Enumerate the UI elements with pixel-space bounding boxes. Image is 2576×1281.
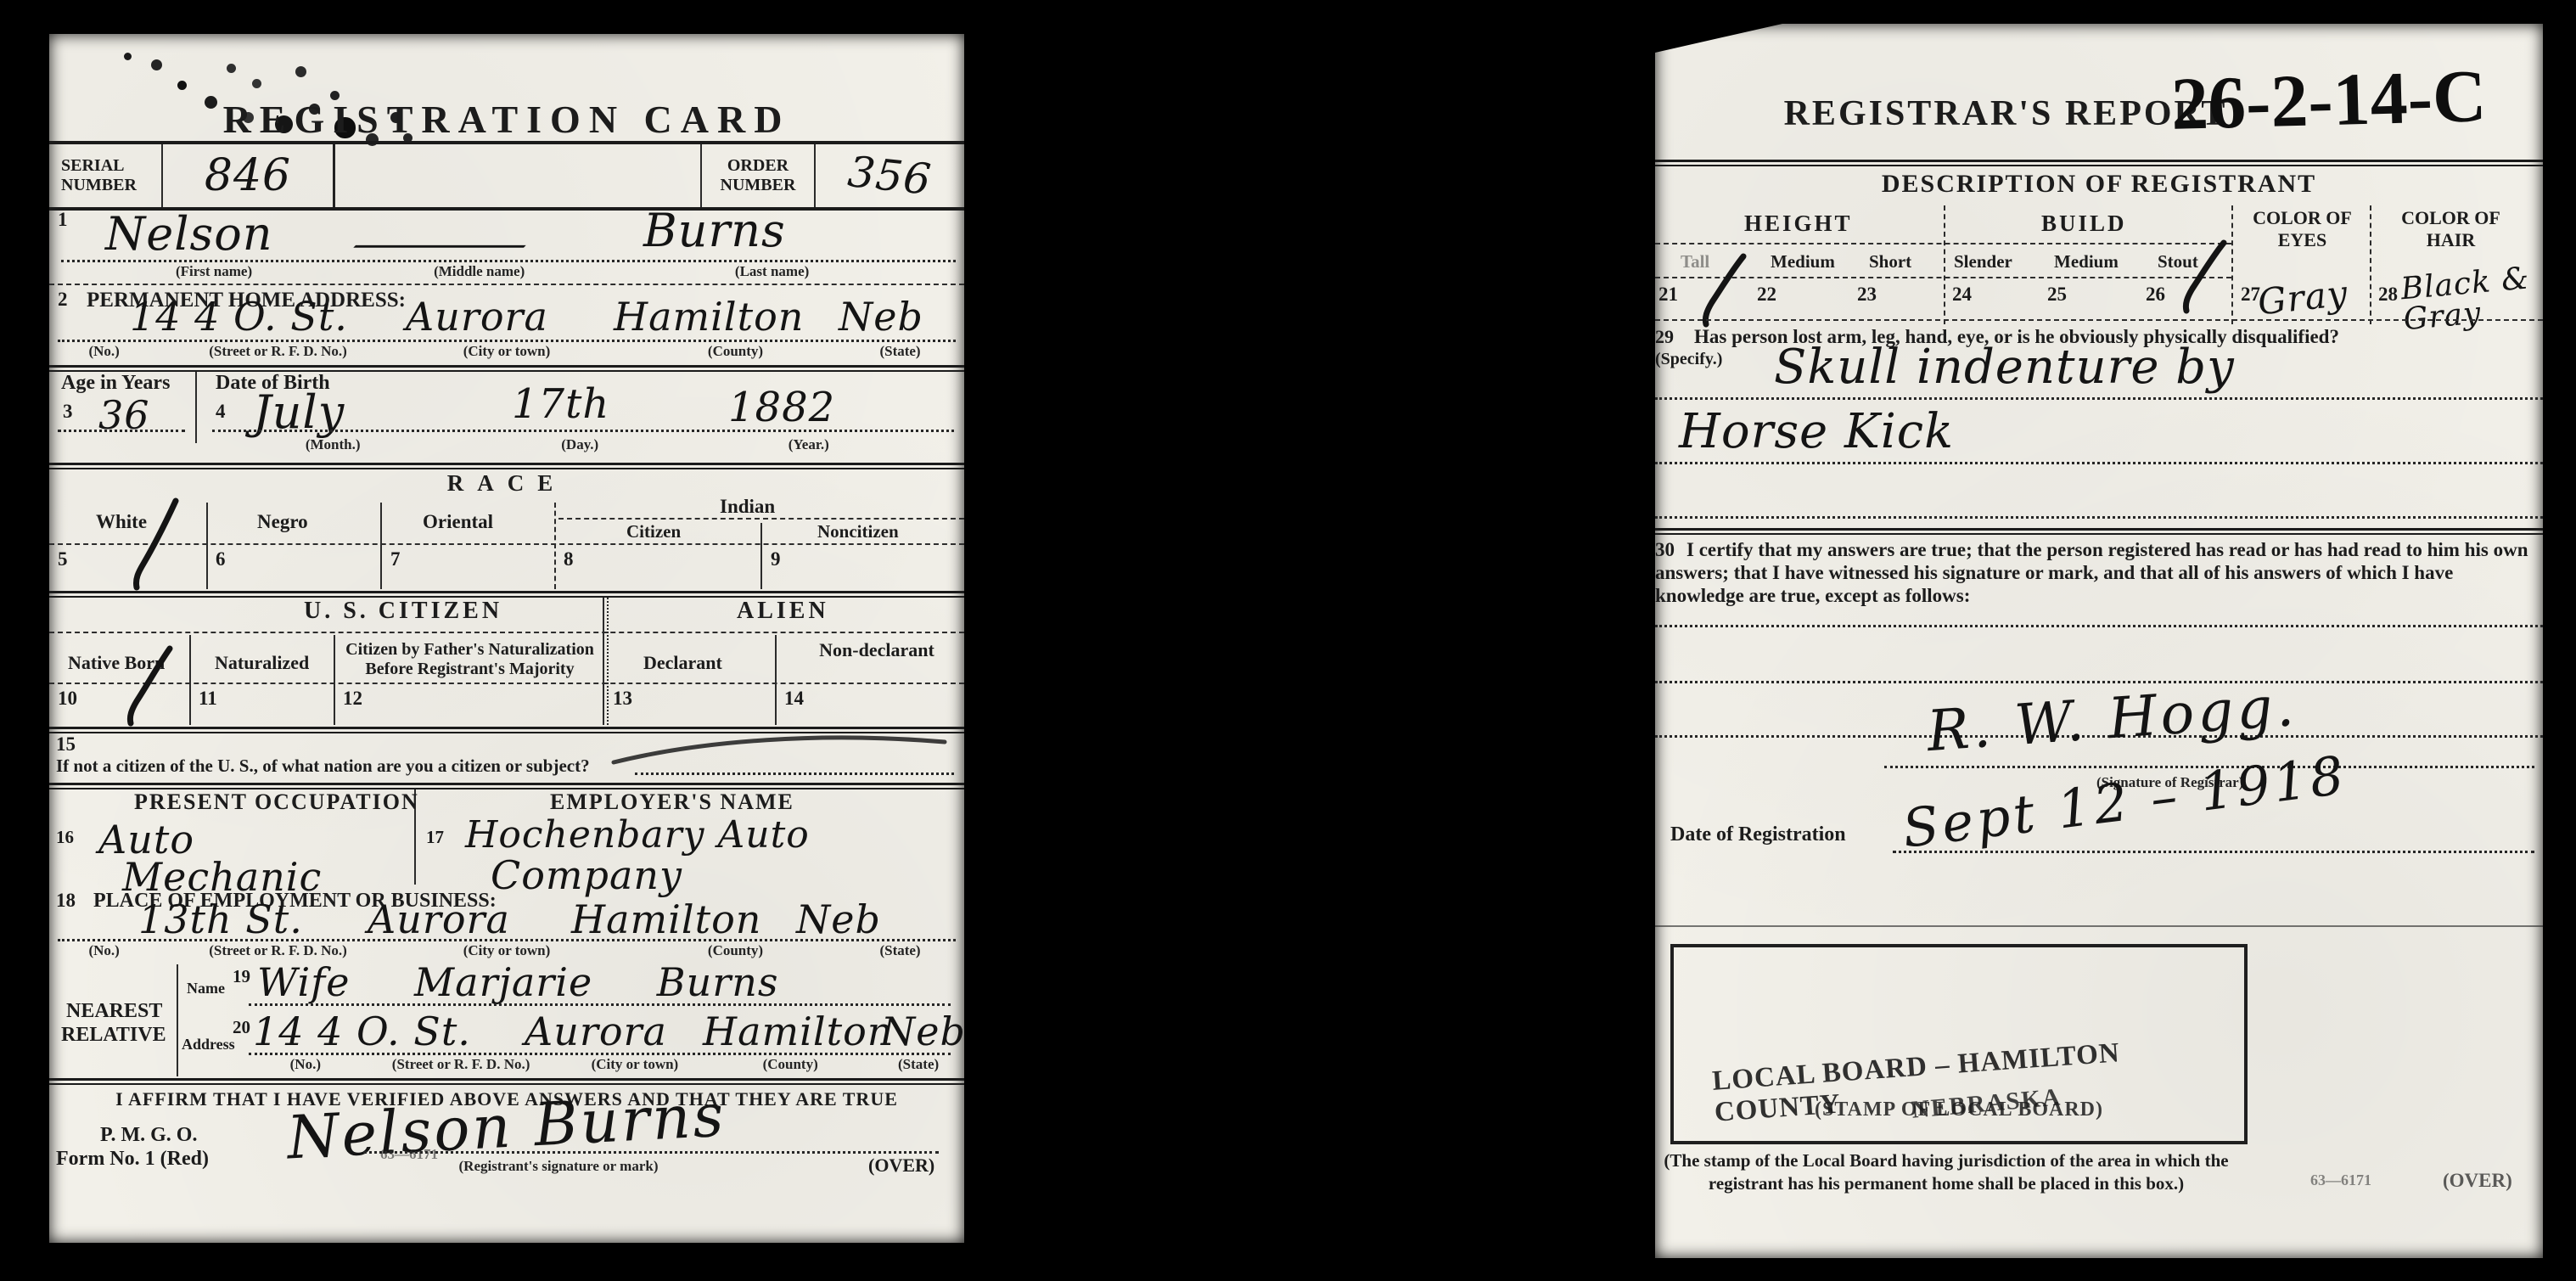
signature-baseline <box>363 1127 939 1154</box>
certification-text: I certify that my answers are true; that… <box>1655 539 2528 606</box>
registration-date-label: Date of Registration <box>1670 823 1846 846</box>
race-col-7-number: 7 <box>390 548 401 570</box>
race-col-8-number: 8 <box>564 548 574 570</box>
declarant-label: Declarant <box>643 652 722 674</box>
over-label-back: (OVER) <box>2443 1170 2512 1192</box>
dob-day-sublabel: (Day.) <box>561 436 598 453</box>
disability-baseline-1 <box>1655 375 2543 400</box>
age-dob-row: Age in Years 3 36 Date of Birth 4 July 1… <box>49 372 964 460</box>
hair-group-label: COLOR OF HAIR <box>2398 207 2504 252</box>
pmgo-line-1: P. M. G. O. <box>100 1124 197 1147</box>
hair-color-value: Black & Gray <box>2399 262 2549 336</box>
blank-line <box>1655 676 2543 683</box>
divider <box>49 284 964 285</box>
slender-label: Slender <box>1954 251 2012 272</box>
divider <box>49 1078 964 1085</box>
checkmark-icon <box>130 497 182 591</box>
eyes-hair-divider <box>2370 205 2371 324</box>
employment-no-sublabel: (No.) <box>88 942 119 959</box>
serial-number-value: 846 <box>205 150 291 201</box>
registrant-signature-sublabel: (Registrant's signature or mark) <box>459 1158 659 1175</box>
address-street-sublabel: (Street or R. F. D. No.) <box>209 343 347 360</box>
over-label-front: (OVER) <box>868 1155 934 1177</box>
stamp-code: 26-2-14-C <box>2170 53 2488 148</box>
relative-state-sublabel: (State) <box>898 1056 939 1073</box>
line-1-number: 1 <box>58 209 68 231</box>
col-24-number: 24 <box>1952 284 1972 306</box>
age-baseline <box>58 407 185 432</box>
address-state-sublabel: (State) <box>879 343 920 360</box>
nation-row: 15 If not a citizen of the U. S., of wha… <box>49 733 964 781</box>
line-18-number: 18 <box>56 890 76 912</box>
divider <box>1655 160 2543 166</box>
height-medium-label: Medium <box>1771 251 1835 272</box>
divider <box>49 365 964 372</box>
employment-baseline <box>58 915 956 941</box>
pmgo-line-2: Form No. 1 (Red) <box>56 1148 209 1171</box>
employer-title: EMPLOYER'S NAME <box>550 789 794 815</box>
line-20-number: 20 <box>233 1017 250 1038</box>
citizenship-col-12-number: 12 <box>343 688 362 710</box>
race-label-divider <box>49 543 964 545</box>
race-col-divider <box>206 503 208 589</box>
citizenship-col-13-number: 13 <box>613 688 632 710</box>
employment-city-sublabel: (City or town) <box>463 942 551 959</box>
checkmark-icon <box>124 645 177 727</box>
employment-place-row: 18 PLACE OF EMPLOYMENT OR BUSINESS: 13th… <box>49 890 964 963</box>
col-23-number: 23 <box>1857 284 1877 306</box>
serial-order-row: SERIAL NUMBER 846 ORDER NUMBER 356 <box>49 141 964 211</box>
last-name-sublabel: (Last name) <box>735 263 809 280</box>
citizenship-header-divider <box>49 632 964 633</box>
name-sublabels: (First name) (Middle name) (Last name) <box>49 263 964 282</box>
relative-no-sublabel: (No.) <box>290 1056 321 1073</box>
divider <box>1655 319 2543 321</box>
occupation-employer-row: PRESENT OCCUPATION EMPLOYER'S NAME 16 Au… <box>49 789 964 890</box>
race-col-divider <box>380 503 382 589</box>
ink-spatter <box>124 53 132 60</box>
build-medium-label: Medium <box>2054 251 2119 272</box>
eyes-color-value: Gray <box>2256 272 2350 323</box>
employment-county-sublabel: (County) <box>708 942 763 959</box>
signature-block: P. M. G. O. Form No. 1 (Red) 63—6171 Nel… <box>49 1110 964 1221</box>
employer-line-1: Hochenbary Auto <box>465 813 810 857</box>
serial-number-label: SERIAL NUMBER <box>49 144 163 207</box>
build-eyes-divider <box>2231 205 2233 324</box>
home-address-row: 2 PERMANENT HOME ADDRESS: 14 4 O. St. Au… <box>49 289 964 363</box>
middle-name-sublabel: (Middle name) <box>434 263 525 280</box>
height-build-divider <box>1944 205 1945 324</box>
us-citizen-title: U. S. CITIZEN <box>304 598 502 625</box>
citizenship-col-divider <box>334 635 335 725</box>
citizenship-col-11-number: 11 <box>199 688 217 710</box>
registrars-report-card: REGISTRAR'S REPORT 26-2-14-C DESCRIPTION… <box>1655 24 2543 1258</box>
employment-sublabels: (No.) (Street or R. F. D. No.) (City or … <box>49 942 964 961</box>
race-oriental-label: Oriental <box>423 511 493 533</box>
card-back-subtitle: DESCRIPTION OF REGISTRANT <box>1655 170 2543 199</box>
disability-row: 29 Has person lost arm, leg, hand, eye, … <box>1655 326 2543 521</box>
dob-year-sublabel: (Year.) <box>789 436 829 453</box>
address-sublabels: (No.) (Street or R. F. D. No.) (City or … <box>49 343 964 362</box>
race-title: RACE <box>49 470 964 497</box>
father-naturalization-label: Citizen by Father's Naturalization Befor… <box>345 640 595 679</box>
form-code-back: 63—6171 <box>2310 1171 2371 1189</box>
card-front-title: REGISTRATION CARD <box>49 97 964 142</box>
age-dob-divider <box>195 372 197 443</box>
non-declarant-label: Non-declarant <box>805 640 949 660</box>
short-label: Short <box>1869 251 1911 272</box>
address-no-sublabel: (No.) <box>88 343 119 360</box>
us-alien-divider <box>603 598 609 725</box>
line-17-number: 17 <box>426 827 444 848</box>
employment-street-sublabel: (Street or R. F. D. No.) <box>209 942 347 959</box>
nearest-relative-block: NEAREST RELATIVE Name 19 Wife Marjarie B… <box>49 964 964 1076</box>
registration-date-baseline <box>1893 829 2534 853</box>
height-group-label: HEIGHT <box>1744 211 1853 237</box>
col-28-number: 28 <box>2378 284 2398 306</box>
line-29-number: 29 <box>1655 326 1674 348</box>
dob-month-sublabel: (Month.) <box>306 436 361 453</box>
relative-street-sublabel: (Street or R. F. D. No.) <box>392 1056 530 1073</box>
relative-sublabels: (No.) (Street or R. F. D. No.) (City or … <box>49 1056 964 1075</box>
col-26-number: 26 <box>2146 284 2165 306</box>
race-col-divider <box>760 523 762 589</box>
relative-city-sublabel: (City or town) <box>592 1056 679 1073</box>
scanned-document: REGISTRATION CARD SERIAL NUMBER 846 ORDE… <box>0 0 2576 1281</box>
group-divider <box>1655 243 2231 244</box>
specify-label: (Specify.) <box>1655 350 1722 369</box>
pen-flourish <box>609 728 949 766</box>
relative-county-sublabel: (County) <box>763 1056 818 1073</box>
race-col-6-number: 6 <box>216 548 226 570</box>
relative-name-baseline <box>249 980 951 1006</box>
citizenship-col-divider <box>775 635 777 725</box>
name-row: 1 Nelson — Burns (First name) (Middle na… <box>49 204 964 282</box>
name-baseline <box>61 238 956 262</box>
naturalized-label: Naturalized <box>215 652 309 674</box>
registration-card: REGISTRATION CARD SERIAL NUMBER 846 ORDE… <box>49 34 964 1243</box>
race-col-9-number: 9 <box>771 548 781 570</box>
nearest-relative-title-1: NEAREST <box>66 1000 162 1023</box>
disability-baseline-3 <box>1655 494 2543 519</box>
serial-blank-cell <box>335 144 700 207</box>
divider <box>49 591 964 598</box>
dob-baseline <box>212 407 954 432</box>
blank-line <box>1655 620 2543 627</box>
divider <box>49 463 964 469</box>
race-indian-label: Indian <box>720 496 775 518</box>
citizenship-label-divider <box>49 683 964 684</box>
nearest-relative-title-2: RELATIVE <box>61 1024 166 1047</box>
race-col-divider <box>554 503 556 589</box>
citizenship-col-10-number: 10 <box>58 688 77 710</box>
address-county-sublabel: (County) <box>708 343 763 360</box>
citizenship-col-divider <box>189 635 191 725</box>
stamp-box-note: (The stamp of the Local Board having jur… <box>1660 1149 2232 1196</box>
certification-paragraph: 30I certify that my answers are true; th… <box>1655 538 2538 607</box>
build-group-label: BUILD <box>2041 211 2127 237</box>
order-number-value: 356 <box>846 147 934 205</box>
indian-divider <box>558 518 964 520</box>
race-col-5-number: 5 <box>58 548 68 570</box>
order-number-label: ORDER NUMBER <box>700 144 816 207</box>
divider <box>49 783 964 789</box>
relative-address-label: Address <box>182 1036 235 1053</box>
col-25-number: 25 <box>2047 284 2067 306</box>
description-table: HEIGHT BUILD COLOR OF EYES COLOR OF HAIR… <box>1655 205 2543 324</box>
citizenship-table: U. S. CITIZEN ALIEN Native Born Naturali… <box>49 598 964 725</box>
col-22-number: 22 <box>1757 284 1776 306</box>
race-table: White Negro Oriental Indian Citizen Nonc… <box>49 499 964 589</box>
dob-sublabels: (Month.) (Day.) (Year.) <box>49 436 964 455</box>
line-16-number: 16 <box>56 827 74 848</box>
alien-title: ALIEN <box>737 598 829 625</box>
checkmark-icon <box>2180 239 2231 314</box>
race-indian-noncitizen-label: Noncitizen <box>817 521 899 542</box>
age-label: Age in Years <box>61 372 170 395</box>
stamp-of-local-board-label: (STAMP OF LOCAL BOARD) <box>1674 1098 2244 1121</box>
address-baseline <box>58 314 956 342</box>
line-30-number: 30 <box>1655 539 1675 560</box>
col-21-number: 21 <box>1658 284 1678 306</box>
checkmark-icon <box>1699 253 1750 328</box>
race-indian-citizen-label: Citizen <box>626 521 681 542</box>
local-board-stamp-box: LOCAL BOARD – HAMILTON COUNTY NEBRASKA (… <box>1670 944 2248 1144</box>
eyes-group-label: COLOR OF EYES <box>2249 207 2355 252</box>
line-15-number: 15 <box>56 733 76 756</box>
scan-corner-artifact <box>1655 24 1782 53</box>
line-2-number: 2 <box>58 289 68 311</box>
relative-address-baseline <box>249 1029 951 1055</box>
employment-state-sublabel: (State) <box>879 942 920 959</box>
divider <box>1655 528 2543 535</box>
race-negro-label: Negro <box>257 511 308 533</box>
occupation-title: PRESENT OCCUPATION <box>134 789 419 815</box>
first-name-sublabel: (First name) <box>176 263 252 280</box>
disability-baseline-2 <box>1655 440 2543 464</box>
citizenship-col-14-number: 14 <box>784 688 804 710</box>
nation-question: If not a citizen of the U. S., of what n… <box>56 756 590 777</box>
line-19-number: 19 <box>233 966 250 987</box>
address-city-sublabel: (City or town) <box>463 343 551 360</box>
relative-name-label: Name <box>187 980 225 997</box>
divider <box>1655 925 2543 927</box>
